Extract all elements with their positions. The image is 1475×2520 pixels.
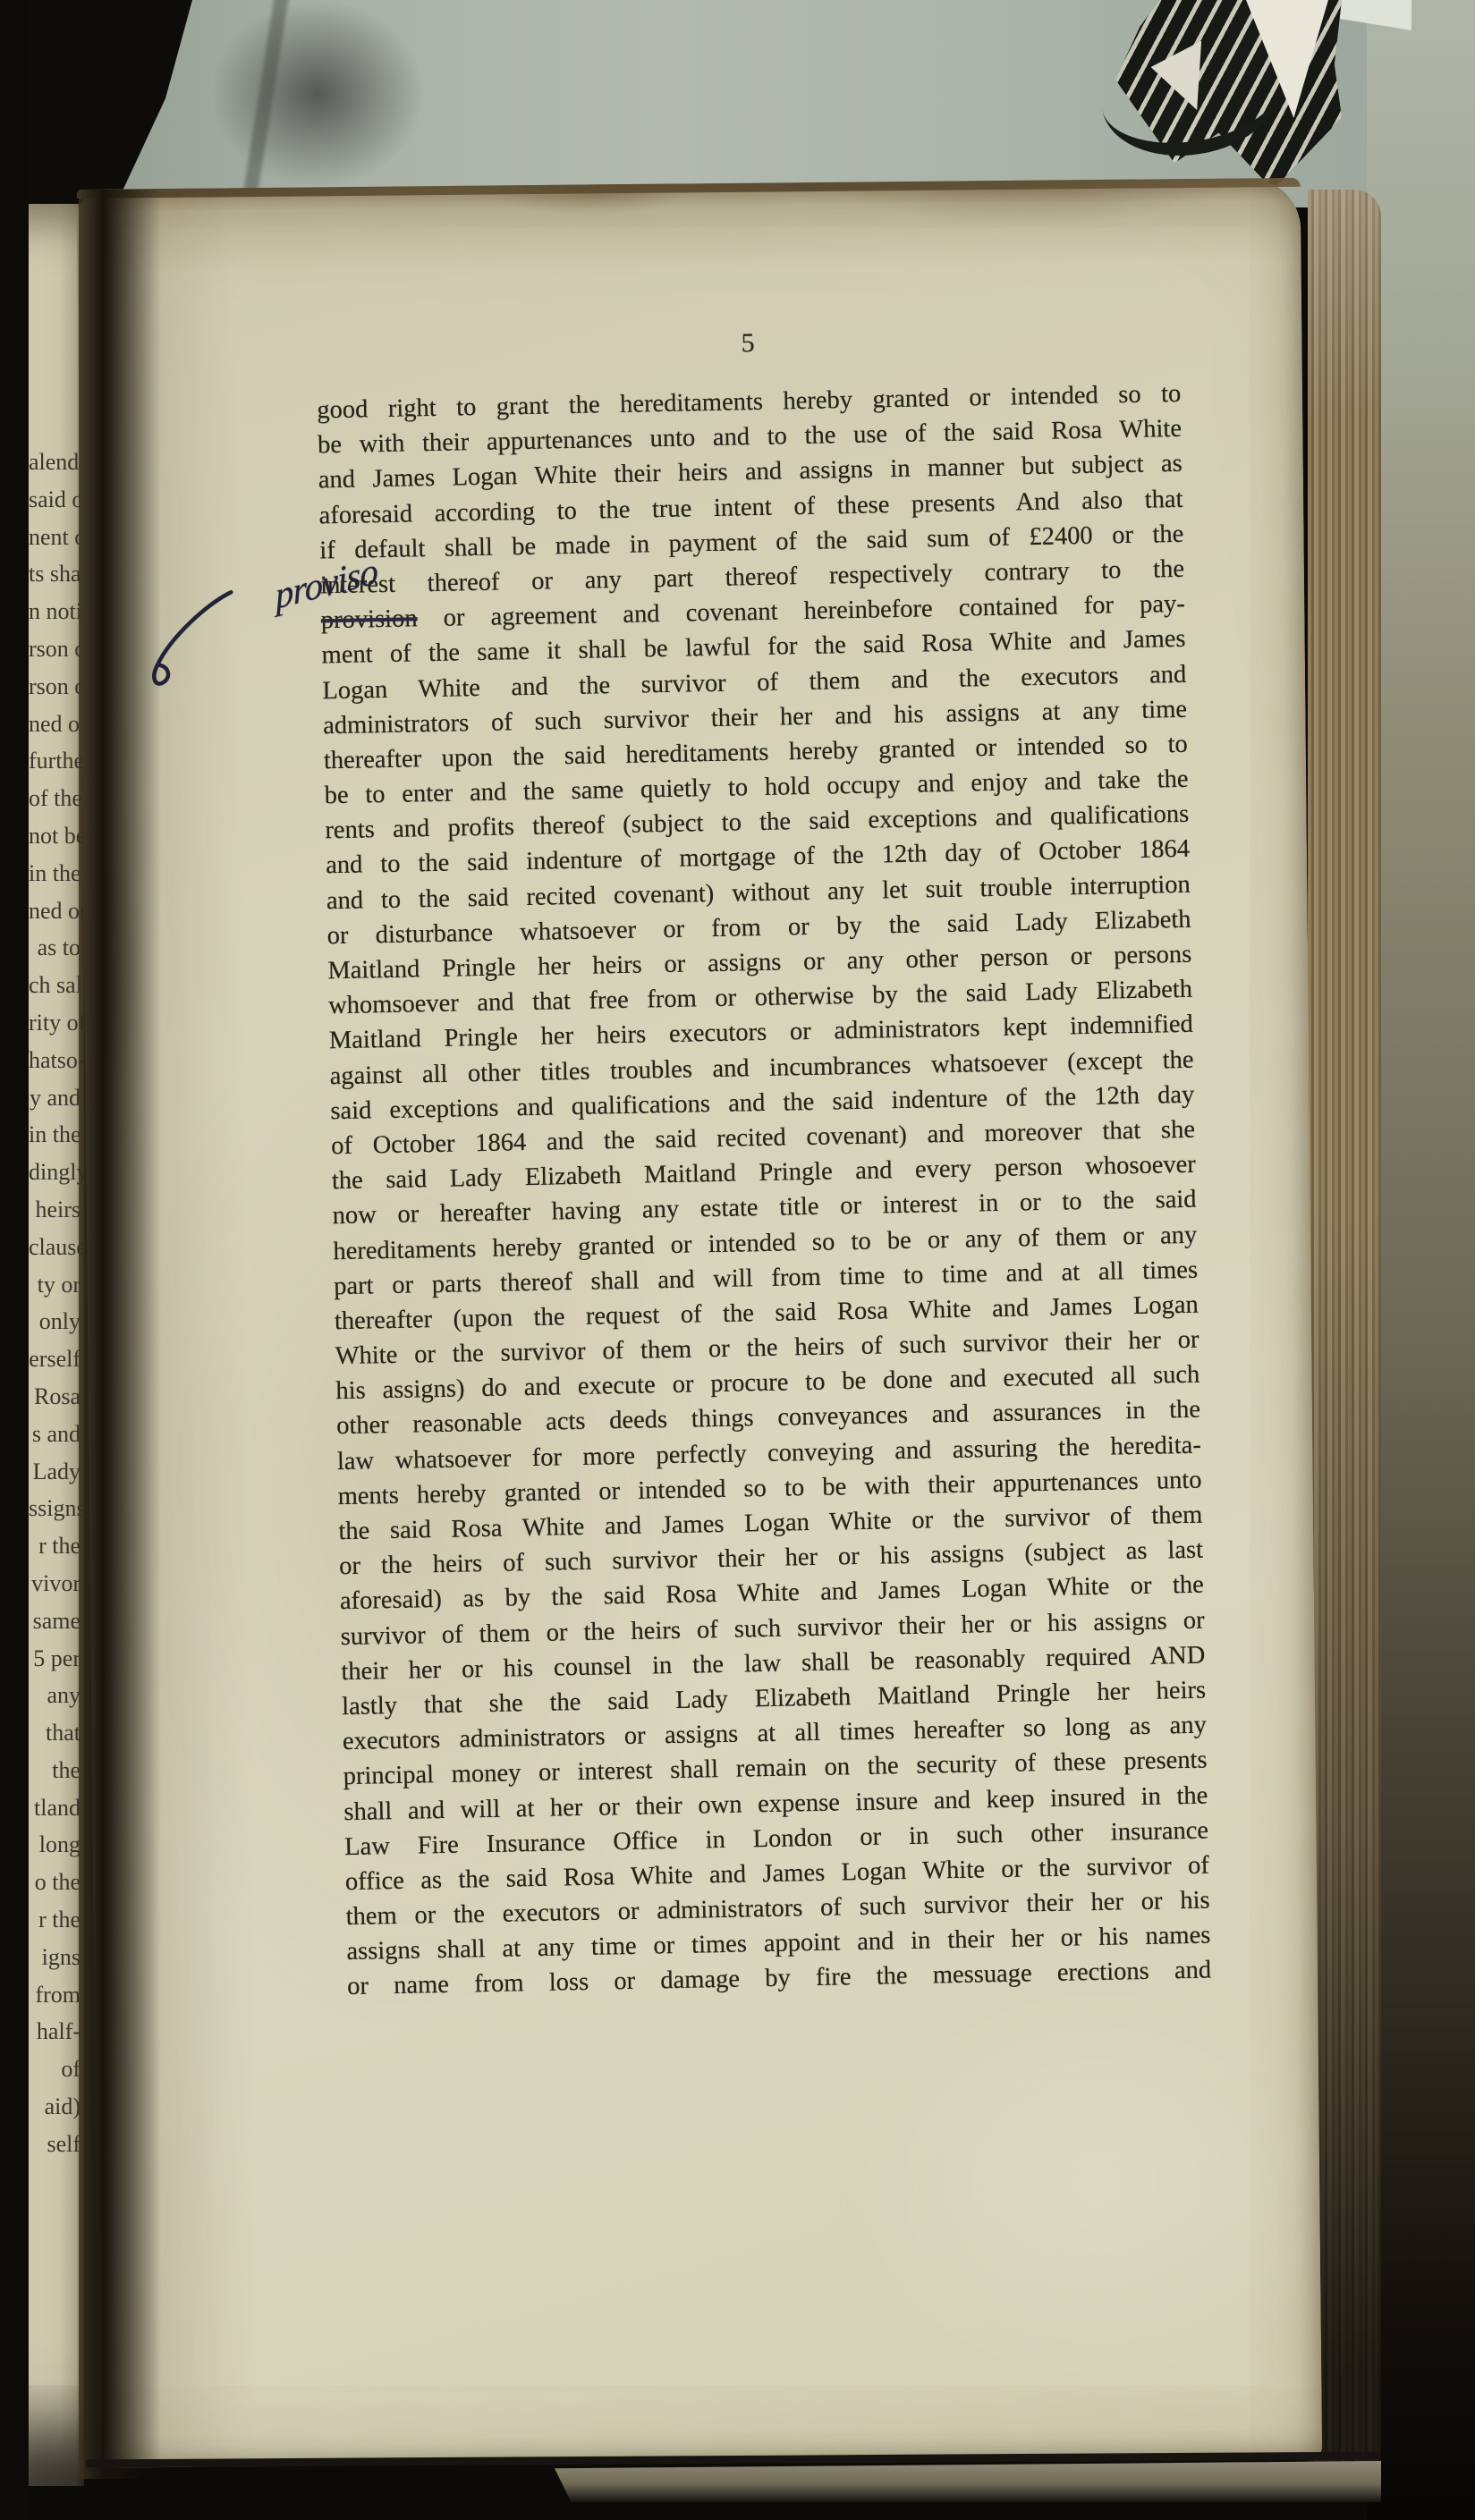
facing-page-line-fragment: as to — [29, 929, 81, 967]
facing-page-line-fragment: ned or — [29, 892, 81, 930]
facing-page-line-fragment: from — [29, 1976, 81, 2014]
facing-page-line-fragment: nent of — [29, 519, 81, 556]
facing-page-line-fragment: in the — [29, 1116, 81, 1154]
facing-page-line-fragment: vivor — [29, 1565, 81, 1602]
facing-page-line-fragment: further — [29, 742, 81, 780]
facing-page-line-fragment: Lady — [29, 1453, 81, 1491]
document-page: 5 good right to grant the hereditaments … — [77, 178, 1322, 2468]
struck-word-provision: provision — [321, 605, 418, 634]
facing-page-line-fragment: r the — [29, 1901, 81, 1939]
facing-page-line-fragment: only — [29, 1303, 81, 1340]
facing-page-line-fragment: tland — [29, 1789, 81, 1827]
facing-page-line-fragment: hatso- — [29, 1042, 81, 1079]
facing-page-line-fragment: 5 per — [29, 1640, 81, 1678]
facing-page-line-fragment: Rosa — [29, 1378, 81, 1416]
facing-page-line-fragment: any — [29, 1677, 81, 1714]
facing-page-line-fragment: of — [29, 2051, 81, 2088]
book-scan-scene: alendarsaid ornent ofts shalln noticerso… — [0, 0, 1475, 2520]
facing-page-line-fragment: not be — [29, 817, 81, 855]
facing-page-line-fragment: s and — [29, 1416, 81, 1453]
facing-page-line-fragment: ch sale — [29, 967, 81, 1004]
page-number: 5 — [316, 317, 1181, 370]
book-spine-shadow — [0, 0, 29, 2520]
facing-page-line-fragment: half- — [29, 2013, 81, 2051]
facing-page-text-fragments: alendarsaid ornent ofts shalln noticerso… — [29, 444, 81, 2163]
facing-page-line-fragment: erself — [29, 1340, 81, 1378]
facing-page-line-fragment: the — [29, 1752, 81, 1789]
facing-page-edge: alendarsaid ornent ofts shalln noticerso… — [29, 204, 84, 2486]
facing-page-line-fragment: rson or — [29, 668, 81, 706]
facing-page-line-fragment: y and — [29, 1079, 81, 1117]
facing-page-line-fragment: rity of — [29, 1004, 81, 1042]
facing-page-line-fragment: same — [29, 1602, 81, 1640]
paragraph-lines-lower: ment of the same it shall be lawful for … — [321, 622, 1211, 2005]
facing-page-line-fragment: aid) — [29, 2088, 81, 2126]
facing-page-line-fragment: r the — [29, 1527, 81, 1565]
facing-page-line-fragment: n notice — [29, 593, 81, 630]
facing-page-line-fragment: heirs — [29, 1191, 81, 1229]
paragraph-lines-upper: good right to grant the hereditaments he… — [317, 376, 1184, 604]
facing-page-line-fragment: o the — [29, 1864, 81, 1901]
facing-page-line-fragment: said or — [29, 481, 81, 519]
facing-page-line-fragment: ned or — [29, 706, 81, 743]
bottom-page-sliver — [555, 2461, 1381, 2502]
facing-page-line-fragment: ts shall — [29, 555, 81, 593]
facing-page-line-fragment: self — [29, 2126, 81, 2163]
right-background — [1367, 0, 1475, 2520]
facing-page-line-fragment: igns — [29, 1939, 81, 1976]
page-text-block: 5 good right to grant the hereditaments … — [317, 376, 1211, 2005]
facing-page-line-fragment: ty or — [29, 1266, 81, 1304]
facing-page-line-fragment: ssigns — [29, 1490, 81, 1527]
facing-page-line-fragment: clause — [29, 1229, 81, 1266]
facing-page-line-fragment: in the — [29, 855, 81, 892]
book-gutter-shadow — [79, 190, 161, 2479]
facing-page-line-fragment: of the — [29, 780, 81, 817]
facing-page-line-fragment: that — [29, 1714, 81, 1752]
facing-page-line-fragment: long — [29, 1826, 81, 1864]
facing-page-line-fragment: rson or — [29, 630, 81, 668]
facing-page-line-fragment: dingly — [29, 1154, 81, 1191]
facing-page-line-fragment: alendar — [29, 444, 81, 481]
striped-fabric-object — [1096, 0, 1342, 190]
